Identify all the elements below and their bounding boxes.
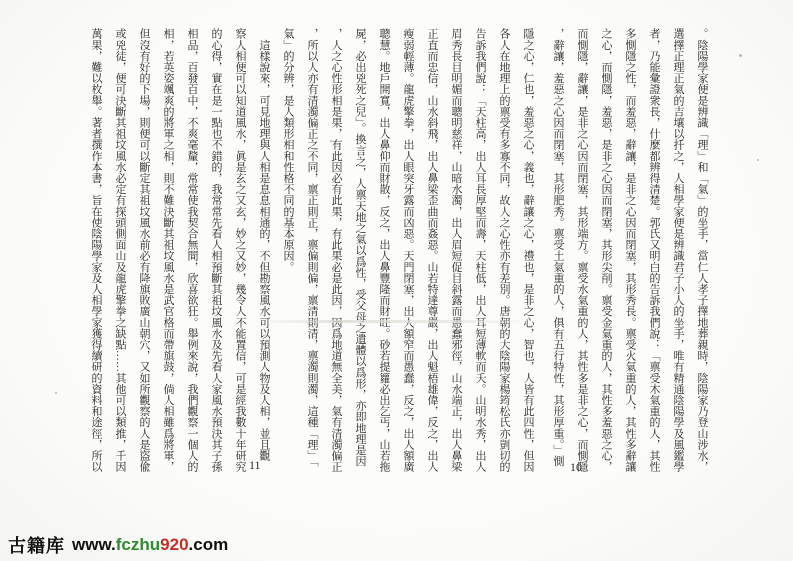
watermark-logo: 古籍库 — [8, 532, 65, 558]
page-11-text-block: 隱之心，仁也，羞惡之心，義也，辭讓之心，禮也，是非之心，智也，人皆有此四性，但因… — [84, 28, 540, 480]
text-column: ，辭讓，羞惡之心因而閉塞，其形肥秀。禀受土氣重的人，俱有五行特性，其形厚重。」惻 — [546, 28, 570, 480]
text-column: 但沒有好的下場，則便可以斷定其祖坟風水前必有降旗敗廣山朝穴，又如所觀察的人是盜偸 — [132, 28, 156, 480]
text-column: 的心得，實在是一點也不錯的，我常常先看人相預斷其祖坟風水及先看人家風水預決其子孫 — [204, 28, 228, 480]
scanned-book-spread: 。陰陽學家便是辨識「理」和「氣」的坐手，當仁人孝子擇地葬親時，陰陽家乃登山涉水，… — [0, 0, 793, 561]
text-column: 正直而忠信，山水斜飛，出人鼻梁歪曲而姦惡。山若特達尊嚴，出人魁梧雄偉，反之，出人 — [420, 28, 444, 480]
text-column: 。陰陽學家便是辨識「理」和「氣」的坐手，當仁人孝子擇地葬親時，陰陽家乃登山涉水， — [690, 28, 714, 480]
watermark: 古籍库 www.fczhu920.com — [8, 533, 228, 557]
text-column: 告訴我們說：「天柱高，出人耳長厚堅而壽，天柱低，出人耳短薄軟而夭。山明水秀，出人 — [468, 28, 492, 480]
text-column: 瘦弱輕薄。龍虎擎拳，出人眼突牙露而凶惡。天門閉塞，出人額窄而愚蠢，反之，出人額廣 — [396, 28, 420, 480]
text-column: 這樣說來，可見地理與人相是息息相通的，不但勘察風水可以預測人物及人相，並且觀 — [252, 28, 276, 480]
scan-speck — [55, 392, 57, 394]
scan-speck — [330, 140, 332, 142]
watermark-url: www.fczhu920.com — [72, 535, 228, 555]
watermark-url-www: www. — [72, 535, 116, 554]
text-column: 相，若英姿颯爽的將軍之相，則不難決斷其祖坟風水是武官格而帶旗鼓，倘人相雖爲將軍， — [156, 28, 180, 480]
text-column: 察人相便可以知道風水，眞是玄之又玄，妙之又妙，幾令人不能置信，可是經我數十年研究 — [228, 28, 252, 480]
text-column: 者，乃能彙證衆長，什麼都辨得清楚。郭氏又明白的告訴我們說：「禀受木氣重的人，其性 — [642, 28, 666, 480]
watermark-url-com: .com — [189, 535, 229, 554]
text-column: 或兇徒，便可決斷其祖坟風水必定有探頭側面山及龍虎擎拳之缺點……其他可以類推，千因 — [108, 28, 132, 480]
text-column: 而惻隱，辭讓，是非之心因而閉塞，其形端方。禀受水氣重的人，其性多是非之心，而惻隱 — [570, 28, 594, 480]
text-column: 聰慧。地戶開寬，出人鼻仰而財散，反之，出人鼻豐隆而財旺。砂若提籮必出乞丐，山若拖 — [372, 28, 396, 480]
text-column: 眉秀長目明媚而聰明慈祥，山暗水濁，出人眉短促目斜露而愚蠢邪徑，山水端正，出人鼻梁 — [444, 28, 468, 480]
text-column: 選擇正理正氣的吉壤以扦之，人相學家便是辨識君子小人的坐手，唯有精通陰陽學及風鑑學 — [666, 28, 690, 480]
scan-smudge — [250, 320, 540, 323]
text-column: ，人之心性形相是果，有此因必有此果，有此果必是此因，因爲地道無全美，氣有清濁偏正 — [324, 28, 348, 480]
text-column: 隱之心，仁也，羞惡之心，義也，辭讓之心，禮也，是非之心，智也，人皆有此四性，但因 — [516, 28, 540, 480]
text-column: 屍，必出兇死之兒」。換言之，人禀天地之氣以爲性，受父母之遺體以爲形，亦即地理是因 — [348, 28, 372, 480]
text-column: 各人在地理上的禀受有多寡不同，故人之心性亦有差別。唐朝的大陰陽家楊筠松氏亦剴切的 — [492, 28, 516, 480]
page-number-10: 10 — [570, 460, 582, 475]
text-column: 相品，百發百中，不爽毫釐，常常使我契合無間，欣喜欲狂。舉例來說，我們觀察一個人的 — [180, 28, 204, 480]
watermark-url-green: fczhu — [116, 535, 160, 554]
scan-speck — [757, 159, 759, 161]
watermark-url-red: 920 — [160, 535, 188, 554]
text-column: 多惻隱之性，而羞惡，辭讓，是非之心因而閉塞，其形秀長。禀受火氣重的人，其性多辭讓 — [618, 28, 642, 480]
text-column: 之心，而惻隱，羞惡，是非之心因而閉塞，其形尖削。禀受金氣重的人，其性多羞惡之心， — [594, 28, 618, 480]
text-column: 氣」的分辨，是人類形相和性格不同的基本原因。 — [276, 28, 300, 480]
text-column: ，所以人亦有清濁偏正之不同，禀正則正，禀偏則偏，禀清則清，禀濁則濁，這種「理」「 — [300, 28, 324, 480]
scan-speck — [555, 457, 557, 459]
page-10-text-block: 。陰陽學家便是辨識「理」和「氣」的坐手，當仁人孝子擇地葬親時，陰陽家乃登山涉水，… — [546, 28, 714, 480]
text-column: 萬果，難以枚舉。著者撰作本書，旨在使陰陽學家及人相學家獲得續研的資料和途徑，所以 — [84, 28, 108, 480]
scan-speck — [739, 54, 742, 57]
page-number-11: 11 — [249, 458, 261, 473]
